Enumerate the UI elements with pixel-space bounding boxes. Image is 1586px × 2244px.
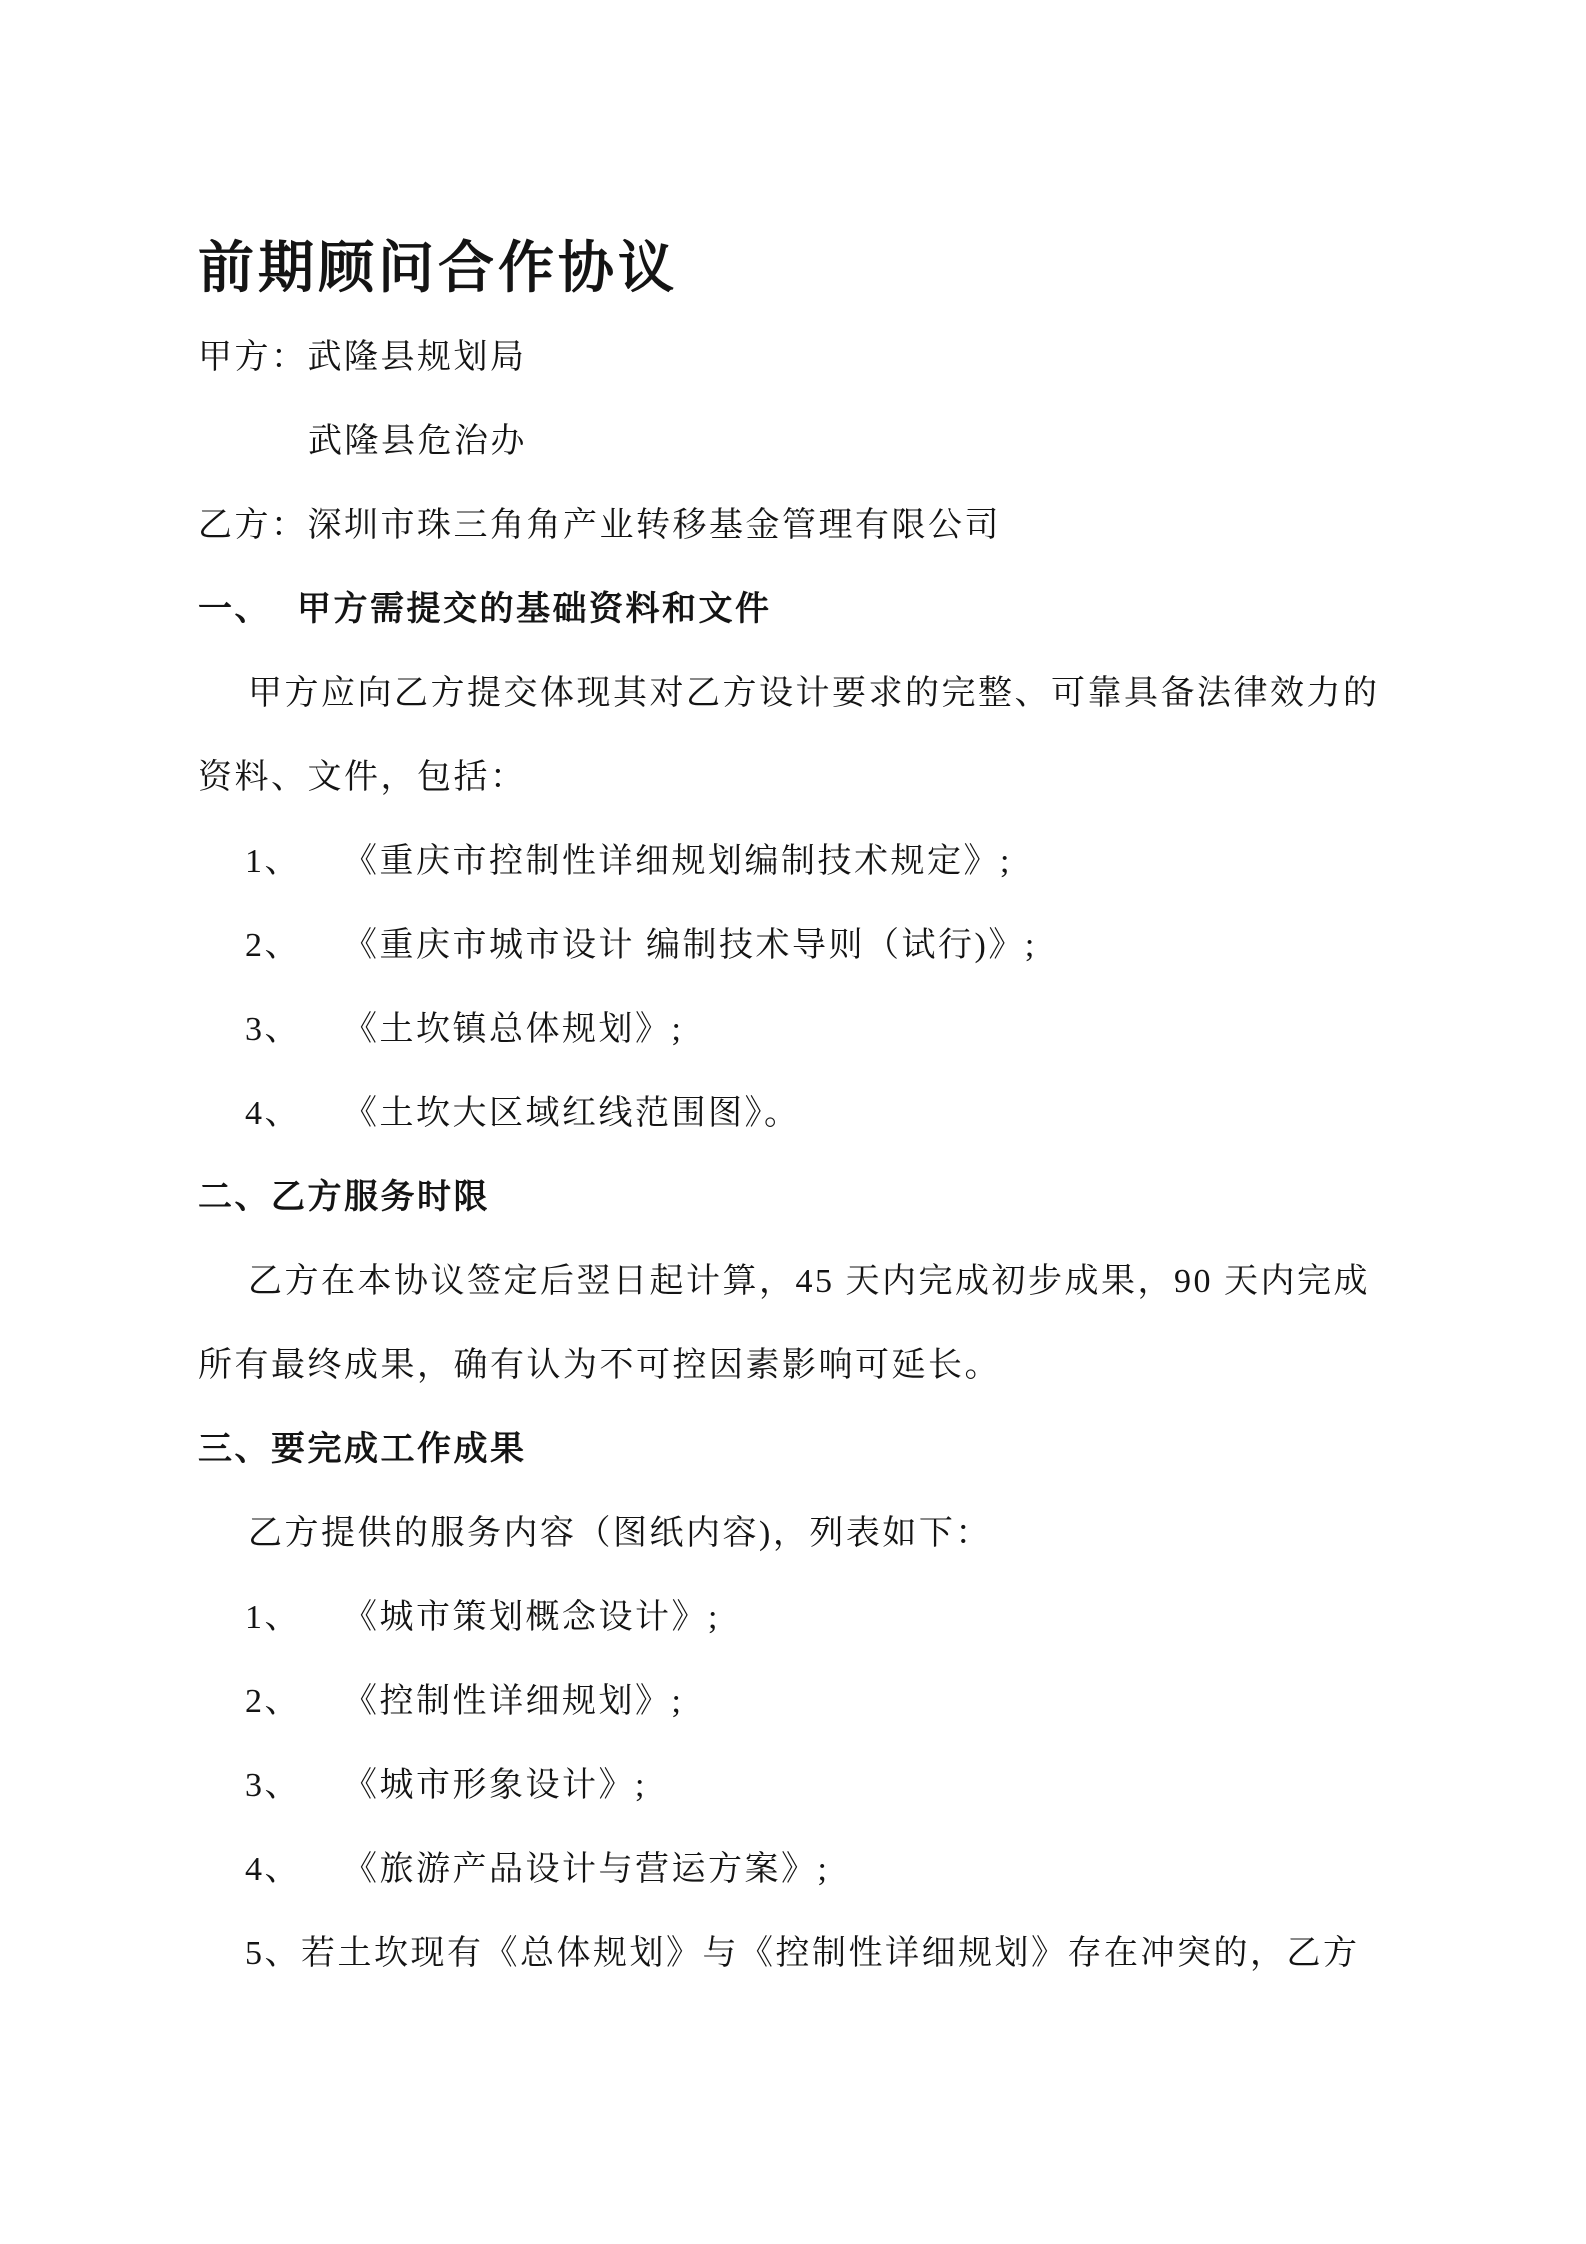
list-item-text: 《重庆市城市设计 编制技术导则（试行)》; — [343, 927, 1037, 964]
list-item-text: 《城市形象设计》; — [343, 1767, 647, 1804]
list-item-text: 《重庆市控制性详细规划编制技术规定》; — [343, 843, 1012, 880]
list-item: 2、《重庆市城市设计 编制技术导则（试行)》; — [198, 904, 1426, 988]
party-a-line-2: 武隆县危治办 — [198, 400, 1426, 484]
list-item-text: 《土坎大区域红线范围图》。 — [343, 1095, 801, 1132]
section-2-heading: 二、乙方服务时限 — [198, 1156, 1426, 1240]
party-a-text: 甲方：武隆县规划局 — [198, 339, 527, 376]
list-item-number: 4、 — [245, 1828, 343, 1912]
list-item: 3、《城市形象设计》; — [198, 1744, 1426, 1828]
party-a-text-2: 武隆县危治办 — [308, 423, 527, 460]
document-title: 前期顾问合作协议 — [198, 220, 1426, 316]
section-1-paragraph-line-2: 资料、文件，包括： — [198, 736, 1426, 820]
party-b-line: 乙方：深圳市珠三角角产业转移基金管理有限公司 — [198, 484, 1426, 568]
party-b-text: 乙方：深圳市珠三角角产业转移基金管理有限公司 — [198, 507, 1001, 544]
list-item: 1、《城市策划概念设计》; — [198, 1576, 1426, 1660]
list-item-text: 5、若土坎现有《总体规划》与《控制性详细规划》存在冲突的，乙方 — [245, 1935, 1360, 1972]
list-item-number: 2、 — [245, 904, 343, 988]
list-item-number: 1、 — [245, 1576, 343, 1660]
section-3-heading: 三、要完成工作成果 — [198, 1408, 1426, 1492]
list-item-text: 《旅游产品设计与营运方案》; — [343, 1851, 829, 1888]
list-item: 1、《重庆市控制性详细规划编制技术规定》; — [198, 820, 1426, 904]
party-a-line: 甲方：武隆县规划局 — [198, 316, 1426, 400]
section-2-paragraph-line-1: 乙方在本协议签定后翌日起计算，45 天内完成初步成果，90 天内完成 — [198, 1240, 1426, 1324]
section-2-paragraph-line-2: 所有最终成果，确有认为不可控因素影响可延长。 — [198, 1324, 1426, 1408]
section-1-paragraph-line-1: 甲方应向乙方提交体现其对乙方设计要求的完整、可靠具备法律效力的 — [198, 652, 1426, 736]
list-item: 3、《土坎镇总体规划》; — [198, 988, 1426, 1072]
list-item: 4、《土坎大区域红线范围图》。 — [198, 1072, 1426, 1156]
list-item-text: 《控制性详细规划》; — [343, 1683, 683, 1720]
list-item-number: 4、 — [245, 1072, 343, 1156]
list-item: 4、《旅游产品设计与营运方案》; — [198, 1828, 1426, 1912]
list-item-number: 2、 — [245, 1660, 343, 1744]
list-item-number: 1、 — [245, 820, 343, 904]
document-page: 前期顾问合作协议 甲方：武隆县规划局 武隆县危治办 乙方：深圳市珠三角角产业转移… — [0, 0, 1586, 2244]
section-1-heading-text: 甲方需提交的基础资料和文件 — [297, 591, 772, 628]
list-item-text: 《城市策划概念设计》; — [343, 1599, 720, 1636]
list-item-5: 5、若土坎现有《总体规划》与《控制性详细规划》存在冲突的，乙方 — [198, 1912, 1426, 1996]
list-item: 2、《控制性详细规划》; — [198, 1660, 1426, 1744]
list-item-number: 3、 — [245, 1744, 343, 1828]
section-1-number: 一、 — [198, 568, 297, 652]
section-3-paragraph: 乙方提供的服务内容（图纸内容)，列表如下： — [198, 1492, 1426, 1576]
section-1-heading: 一、甲方需提交的基础资料和文件 — [198, 568, 1426, 652]
list-item-number: 3、 — [245, 988, 343, 1072]
list-item-text: 《土坎镇总体规划》; — [343, 1011, 683, 1048]
